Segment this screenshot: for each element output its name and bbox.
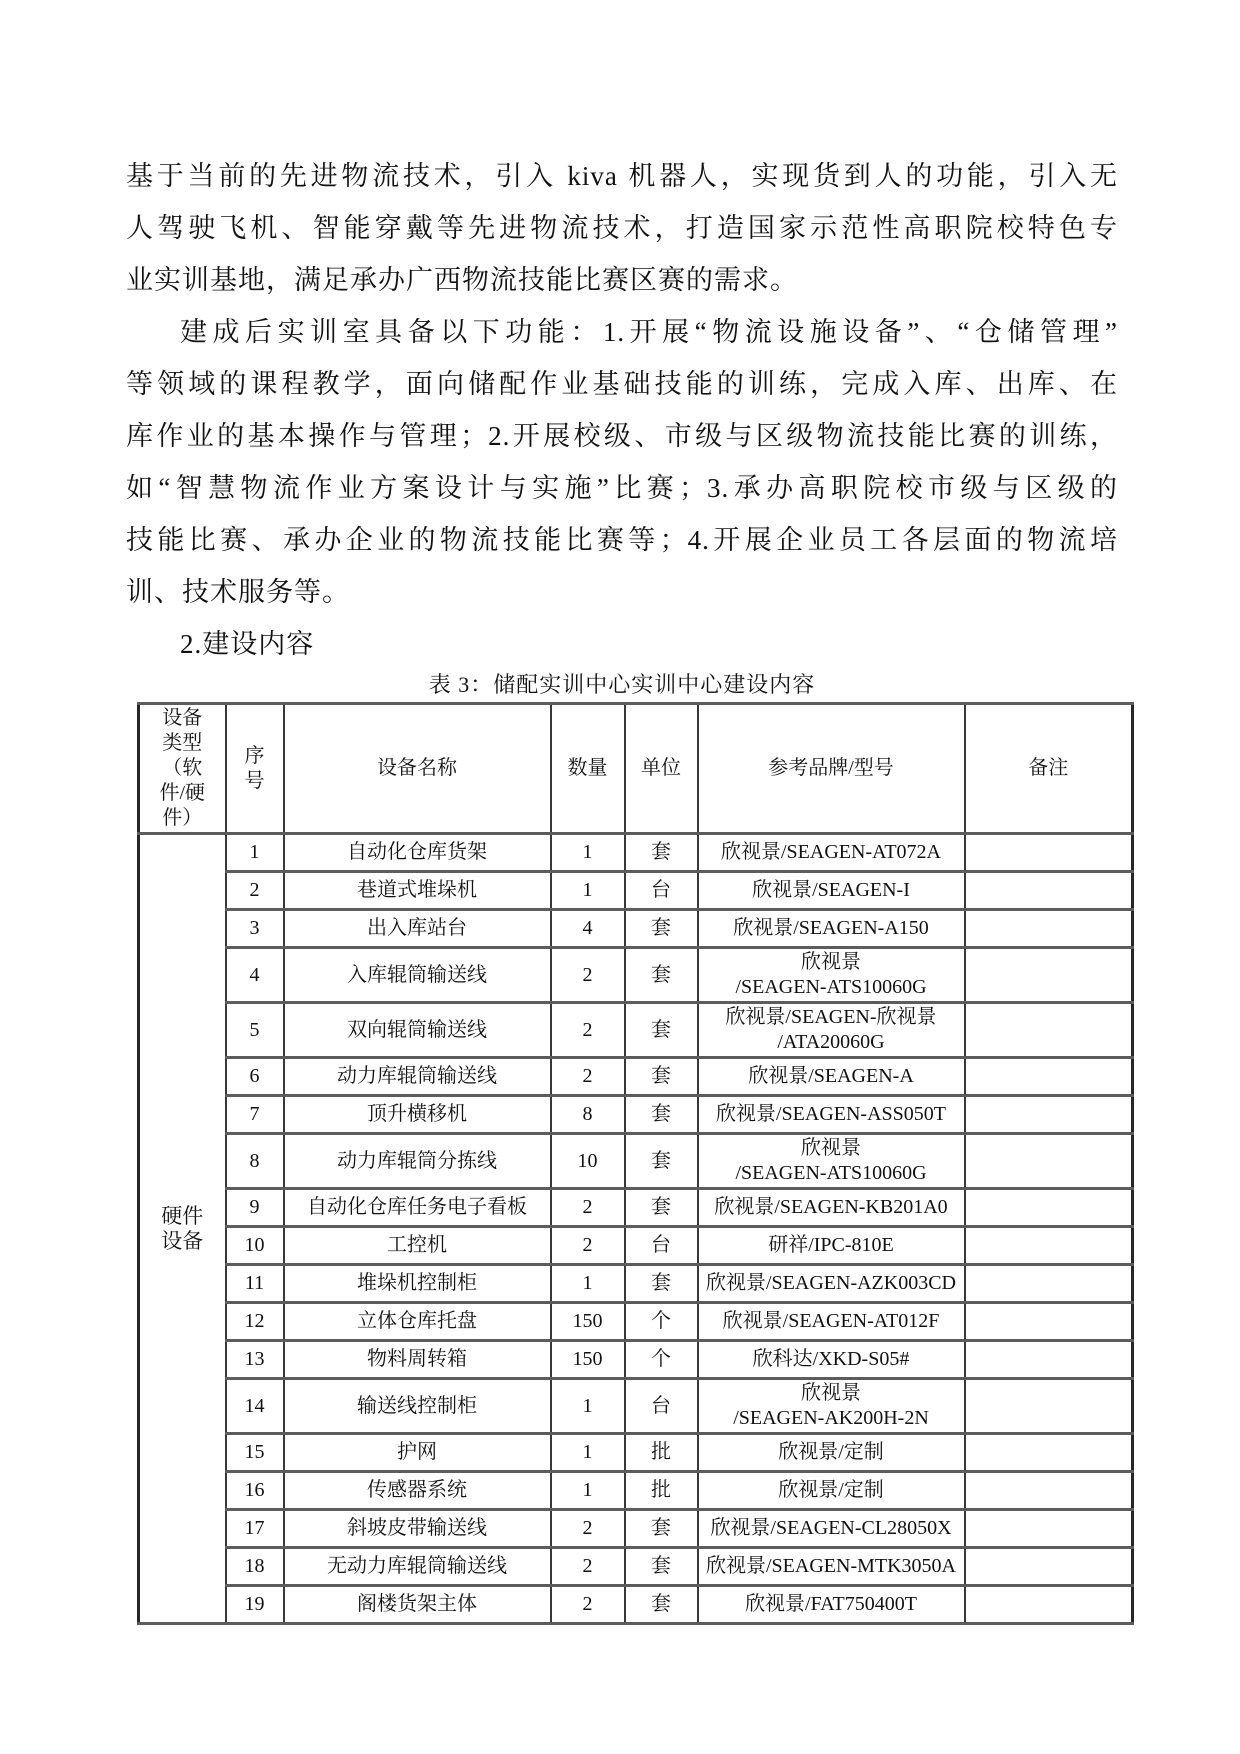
cell-qty: 1 bbox=[551, 1434, 625, 1472]
page-content: 基于当前的先进物流技术，引入 kiva 机器人，实现货到人的功能，引入无 人驾驶… bbox=[126, 150, 1118, 1625]
cell-name: 立体仓库托盘 bbox=[284, 1303, 551, 1341]
cell-note bbox=[965, 1265, 1133, 1303]
cell-no: 10 bbox=[226, 1227, 284, 1265]
body-paragraph-1: 基于当前的先进物流技术，引入 kiva 机器人，实现货到人的功能，引入无 人驾驶… bbox=[126, 150, 1118, 306]
cell-brand: 欣视景/SEAGEN-KB201A0 bbox=[698, 1189, 965, 1227]
cell-no: 5 bbox=[226, 1003, 284, 1058]
cell-brand: 欣视景/SEAGEN-A bbox=[698, 1058, 965, 1096]
cell-brand: 欣视景/SEAGEN-ASS050T bbox=[698, 1096, 965, 1134]
cell-qty: 1 bbox=[551, 834, 625, 872]
cell-brand: 欣视景/SEAGEN-MTK3050A bbox=[698, 1548, 965, 1586]
cell-name: 自动化仓库货架 bbox=[284, 834, 551, 872]
cell-unit: 套 bbox=[625, 1003, 698, 1058]
cell-unit: 套 bbox=[625, 1058, 698, 1096]
cell-note bbox=[965, 1586, 1133, 1624]
col-header-device-name: 设备名称 bbox=[284, 704, 551, 834]
cell-note bbox=[965, 1303, 1133, 1341]
cell-no: 3 bbox=[226, 910, 284, 948]
cell-no: 16 bbox=[226, 1472, 284, 1510]
cell-qty: 1 bbox=[551, 872, 625, 910]
table-row: 4入库辊筒输送线2套欣视景 /SEAGEN-ATS10060G bbox=[139, 948, 1133, 1003]
table-row: 18无动力库辊筒输送线2套欣视景/SEAGEN-MTK3050A bbox=[139, 1548, 1133, 1586]
cell-name: 无动力库辊筒输送线 bbox=[284, 1548, 551, 1586]
equipment-table: 设备 类型 （软 件/硬 件） 序 号 设备名称 数量 单位 参考品牌/型号 备… bbox=[137, 702, 1134, 1625]
table-row: 2巷道式堆垛机1台欣视景/SEAGEN-I bbox=[139, 872, 1133, 910]
table-row: 6动力库辊筒输送线2套欣视景/SEAGEN-A bbox=[139, 1058, 1133, 1096]
cell-qty: 8 bbox=[551, 1096, 625, 1134]
header-row: 设备 类型 （软 件/硬 件） 序 号 设备名称 数量 单位 参考品牌/型号 备… bbox=[139, 704, 1133, 834]
cell-no: 11 bbox=[226, 1265, 284, 1303]
col-header-device-type: 设备 类型 （软 件/硬 件） bbox=[139, 704, 226, 834]
cell-no: 7 bbox=[226, 1096, 284, 1134]
cell-name: 动力库辊筒分拣线 bbox=[284, 1134, 551, 1189]
cell-unit: 套 bbox=[625, 1586, 698, 1624]
text-line: 训、技术服务等。 bbox=[126, 566, 1118, 618]
cell-no: 18 bbox=[226, 1548, 284, 1586]
table-row: 5双向辊筒输送线2套欣视景/SEAGEN-欣视景 /ATA20060G bbox=[139, 1003, 1133, 1058]
cell-brand: 欣视景/SEAGEN-CL28050X bbox=[698, 1510, 965, 1548]
cell-note bbox=[965, 1058, 1133, 1096]
cell-name: 斜坡皮带输送线 bbox=[284, 1510, 551, 1548]
cell-unit: 套 bbox=[625, 1510, 698, 1548]
document-page: 基于当前的先进物流技术，引入 kiva 机器人，实现货到人的功能，引入无 人驾驶… bbox=[0, 0, 1240, 1754]
cell-brand: 欣视景/SEAGEN-AZK003CD bbox=[698, 1265, 965, 1303]
col-header-unit: 单位 bbox=[625, 704, 698, 834]
cell-note bbox=[965, 1548, 1133, 1586]
cell-unit: 套 bbox=[625, 1134, 698, 1189]
cell-note bbox=[965, 1434, 1133, 1472]
cell-note bbox=[965, 1096, 1133, 1134]
table-row: 8动力库辊筒分拣线10套欣视景 /SEAGEN-ATS10060G bbox=[139, 1134, 1133, 1189]
cell-unit: 台 bbox=[625, 1379, 698, 1434]
category-cell: 硬件 设备 bbox=[139, 834, 226, 1624]
text-line: 技能比赛、承办企业的物流技能比赛等；4.开展企业员工各层面的物流培 bbox=[126, 514, 1118, 566]
cell-qty: 1 bbox=[551, 1265, 625, 1303]
cell-note bbox=[965, 948, 1133, 1003]
col-header-note: 备注 bbox=[965, 704, 1133, 834]
cell-name: 工控机 bbox=[284, 1227, 551, 1265]
cell-brand: 研祥/IPC-810E bbox=[698, 1227, 965, 1265]
cell-qty: 150 bbox=[551, 1303, 625, 1341]
cell-qty: 1 bbox=[551, 1379, 625, 1434]
cell-unit: 个 bbox=[625, 1303, 698, 1341]
cell-no: 4 bbox=[226, 948, 284, 1003]
cell-name: 护网 bbox=[284, 1434, 551, 1472]
cell-name: 堆垛机控制柜 bbox=[284, 1265, 551, 1303]
cell-no: 9 bbox=[226, 1189, 284, 1227]
cell-unit: 套 bbox=[625, 948, 698, 1003]
table-row: 15护网1批欣视景/定制 bbox=[139, 1434, 1133, 1472]
col-header-quantity: 数量 bbox=[551, 704, 625, 834]
table-row: 7顶升横移机8套欣视景/SEAGEN-ASS050T bbox=[139, 1096, 1133, 1134]
cell-brand: 欣科达/XKD-S05# bbox=[698, 1341, 965, 1379]
cell-note bbox=[965, 1379, 1133, 1434]
cell-no: 2 bbox=[226, 872, 284, 910]
cell-qty: 2 bbox=[551, 1227, 625, 1265]
cell-note bbox=[965, 1003, 1133, 1058]
table-row: 13物料周转箱150个欣科达/XKD-S05# bbox=[139, 1341, 1133, 1379]
text-line: 等领域的课程教学，面向储配作业基础技能的训练，完成入库、出库、在 bbox=[126, 358, 1118, 410]
cell-unit: 套 bbox=[625, 1189, 698, 1227]
table-row: 9自动化仓库任务电子看板2套欣视景/SEAGEN-KB201A0 bbox=[139, 1189, 1133, 1227]
cell-note bbox=[965, 1134, 1133, 1189]
cell-brand: 欣视景/定制 bbox=[698, 1472, 965, 1510]
cell-name: 阁楼货架主体 bbox=[284, 1586, 551, 1624]
cell-note bbox=[965, 1472, 1133, 1510]
text-line: 基于当前的先进物流技术，引入 kiva 机器人，实现货到人的功能，引入无 bbox=[126, 150, 1118, 202]
text-line: 如“智慧物流作业方案设计与实施”比赛；3.承办高职院校市级与区级的 bbox=[126, 462, 1118, 514]
cell-brand: 欣视景 /SEAGEN-ATS10060G bbox=[698, 1134, 965, 1189]
cell-brand: 欣视景/定制 bbox=[698, 1434, 965, 1472]
cell-no: 8 bbox=[226, 1134, 284, 1189]
cell-name: 传感器系统 bbox=[284, 1472, 551, 1510]
cell-no: 1 bbox=[226, 834, 284, 872]
table-caption: 表 3：储配实训中心实训中心建设内容 bbox=[126, 670, 1118, 702]
text-line: 人驾驶飞机、智能穿戴等先进物流技术，打造国家示范性高职院校特色专 bbox=[126, 202, 1118, 254]
table-row: 12立体仓库托盘150个欣视景/SEAGEN-AT012F bbox=[139, 1303, 1133, 1341]
cell-name: 输送线控制柜 bbox=[284, 1379, 551, 1434]
cell-unit: 个 bbox=[625, 1341, 698, 1379]
cell-qty: 2 bbox=[551, 1189, 625, 1227]
table-row: 3出入库站台4套欣视景/SEAGEN-A150 bbox=[139, 910, 1133, 948]
cell-name: 双向辊筒输送线 bbox=[284, 1003, 551, 1058]
section-heading: 2.建设内容 bbox=[126, 618, 1118, 670]
cell-note bbox=[965, 1189, 1133, 1227]
cell-brand: 欣视景/SEAGEN-AT012F bbox=[698, 1303, 965, 1341]
cell-note bbox=[965, 1341, 1133, 1379]
cell-brand: 欣视景/SEAGEN-I bbox=[698, 872, 965, 910]
cell-qty: 1 bbox=[551, 1472, 625, 1510]
cell-qty: 150 bbox=[551, 1341, 625, 1379]
cell-brand: 欣视景/SEAGEN-AT072A bbox=[698, 834, 965, 872]
cell-unit: 套 bbox=[625, 1265, 698, 1303]
cell-name: 自动化仓库任务电子看板 bbox=[284, 1189, 551, 1227]
table-row: 17斜坡皮带输送线2套欣视景/SEAGEN-CL28050X bbox=[139, 1510, 1133, 1548]
cell-qty: 2 bbox=[551, 948, 625, 1003]
cell-unit: 批 bbox=[625, 1472, 698, 1510]
table-row: 16传感器系统1批欣视景/定制 bbox=[139, 1472, 1133, 1510]
cell-unit: 台 bbox=[625, 872, 698, 910]
body-paragraph-2: 建成后实训室具备以下功能：1.开展“物流设施设备”、“仓储管理” 等领域的课程教… bbox=[126, 306, 1118, 618]
cell-brand: 欣视景/SEAGEN-欣视景 /ATA20060G bbox=[698, 1003, 965, 1058]
cell-brand: 欣视景 /SEAGEN-ATS10060G bbox=[698, 948, 965, 1003]
cell-qty: 2 bbox=[551, 1003, 625, 1058]
cell-name: 顶升横移机 bbox=[284, 1096, 551, 1134]
cell-name: 动力库辊筒输送线 bbox=[284, 1058, 551, 1096]
text-line: 库作业的基本操作与管理；2.开展校级、市级与区级物流技能比赛的训练， bbox=[126, 410, 1118, 462]
cell-unit: 台 bbox=[625, 1227, 698, 1265]
cell-qty: 2 bbox=[551, 1510, 625, 1548]
text-line: 建成后实训室具备以下功能：1.开展“物流设施设备”、“仓储管理” bbox=[126, 306, 1118, 358]
cell-name: 巷道式堆垛机 bbox=[284, 872, 551, 910]
table-row: 19阁楼货架主体2套欣视景/FAT750400T bbox=[139, 1586, 1133, 1624]
table-row: 10工控机2台研祥/IPC-810E bbox=[139, 1227, 1133, 1265]
cell-brand: 欣视景/SEAGEN-A150 bbox=[698, 910, 965, 948]
col-header-brand-model: 参考品牌/型号 bbox=[698, 704, 965, 834]
cell-unit: 套 bbox=[625, 1548, 698, 1586]
table-row: 14输送线控制柜1台欣视景 /SEAGEN-AK200H-2N bbox=[139, 1379, 1133, 1434]
cell-note bbox=[965, 910, 1133, 948]
cell-no: 14 bbox=[226, 1379, 284, 1434]
cell-qty: 10 bbox=[551, 1134, 625, 1189]
cell-unit: 套 bbox=[625, 834, 698, 872]
cell-unit: 套 bbox=[625, 910, 698, 948]
cell-name: 物料周转箱 bbox=[284, 1341, 551, 1379]
cell-name: 出入库站台 bbox=[284, 910, 551, 948]
table-row: 11堆垛机控制柜1套欣视景/SEAGEN-AZK003CD bbox=[139, 1265, 1133, 1303]
cell-note bbox=[965, 872, 1133, 910]
cell-qty: 2 bbox=[551, 1586, 625, 1624]
cell-no: 15 bbox=[226, 1434, 284, 1472]
cell-no: 13 bbox=[226, 1341, 284, 1379]
cell-unit: 批 bbox=[625, 1434, 698, 1472]
cell-no: 19 bbox=[226, 1586, 284, 1624]
cell-note bbox=[965, 1227, 1133, 1265]
cell-no: 17 bbox=[226, 1510, 284, 1548]
cell-qty: 4 bbox=[551, 910, 625, 948]
cell-brand: 欣视景 /SEAGEN-AK200H-2N bbox=[698, 1379, 965, 1434]
text-line: 业实训基地，满足承办广西物流技能比赛区赛的需求。 bbox=[126, 254, 1118, 306]
cell-qty: 2 bbox=[551, 1548, 625, 1586]
cell-brand: 欣视景/FAT750400T bbox=[698, 1586, 965, 1624]
cell-name: 入库辊筒输送线 bbox=[284, 948, 551, 1003]
cell-note bbox=[965, 834, 1133, 872]
table-row: 硬件 设备 1自动化仓库货架1套欣视景/SEAGEN-AT072A bbox=[139, 834, 1133, 872]
cell-unit: 套 bbox=[625, 1096, 698, 1134]
col-header-index: 序 号 bbox=[226, 704, 284, 834]
cell-no: 6 bbox=[226, 1058, 284, 1096]
cell-qty: 2 bbox=[551, 1058, 625, 1096]
cell-no: 12 bbox=[226, 1303, 284, 1341]
cell-note bbox=[965, 1510, 1133, 1548]
